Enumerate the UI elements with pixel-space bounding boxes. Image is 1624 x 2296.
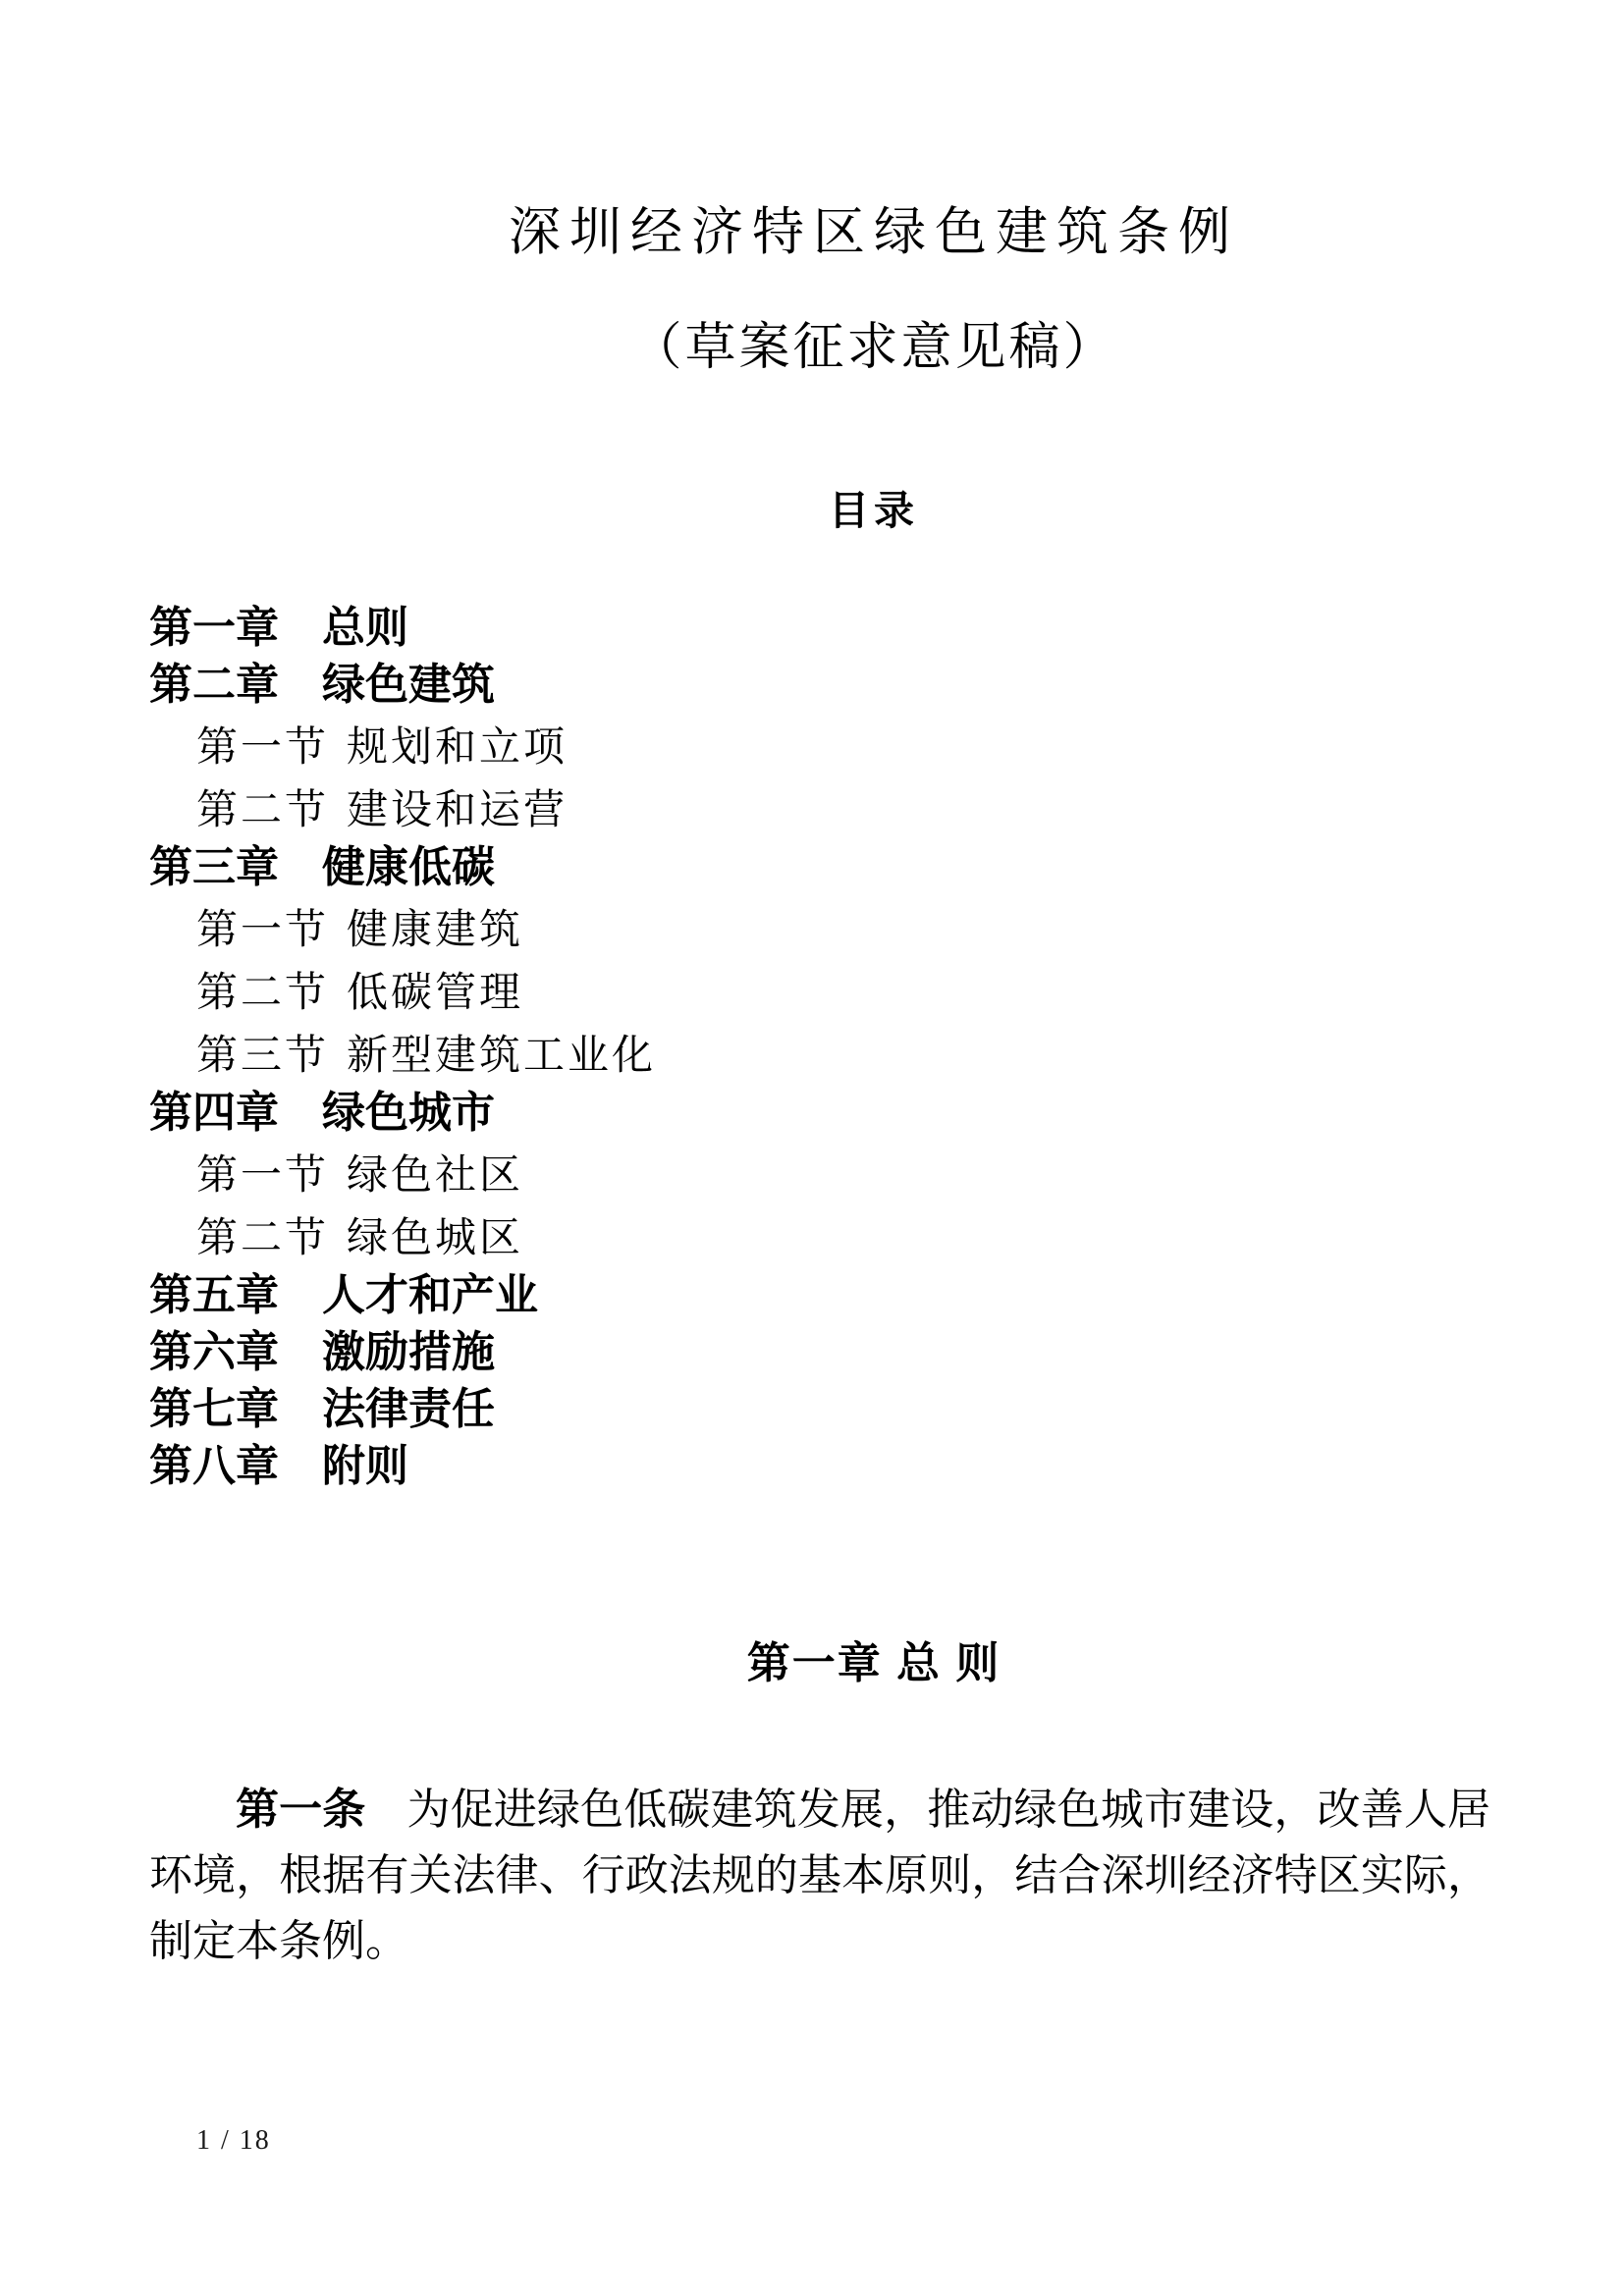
toc-entry-title: 绿色建筑 <box>322 657 495 714</box>
toc-entry-label: 第一节 <box>196 1148 329 1204</box>
toc-entry-title: 绿色城市 <box>322 1085 495 1142</box>
toc-entry-label: 第一节 <box>196 902 329 959</box>
toc-entry-title: 附则 <box>322 1438 408 1495</box>
toc-entry-chapter: 第三章 健康低碳 <box>149 839 1526 896</box>
toc-entry-chapter: 第六章 激励措施 <box>149 1324 1526 1381</box>
document-subtitle: （草案征求意见稿） <box>0 323 1624 374</box>
toc-entry-chapter: 第一章 总则 <box>149 600 1526 657</box>
toc-entry-chapter: 第二章 绿色建筑 <box>149 657 1526 714</box>
toc-entry-label: 第一章 <box>149 600 279 657</box>
toc-entry-section: 第一节 绿色社区 <box>149 1148 1526 1204</box>
toc-entry-label: 第五章 <box>149 1267 279 1324</box>
toc-entry-title: 绿色城区 <box>347 1210 523 1267</box>
document-page: 深圳经济特区绿色建筑条例 （草案征求意见稿） 目录 第一章 总则 第二章 绿色建… <box>0 0 1624 2296</box>
toc-entry-section: 第一节 规划和立项 <box>149 720 1526 776</box>
toc-entry-title: 绿色社区 <box>347 1148 523 1204</box>
toc-entry-title: 低碳管理 <box>347 965 523 1022</box>
toc-entry-section: 第一节 健康建筑 <box>149 902 1526 959</box>
toc-entry-section: 第二节 低碳管理 <box>149 965 1526 1022</box>
article-one-paragraph: 第一条为促进绿色低碳建筑发展，推动绿色城市建设，改善人居环境，根据有关法律、行政… <box>149 1777 1490 1974</box>
toc-entry-label: 第三节 <box>196 1028 329 1085</box>
toc-entry-label: 第八章 <box>149 1438 279 1495</box>
page-number: 1 / 18 <box>196 2125 271 2157</box>
toc-entry-section: 第二节 建设和运营 <box>149 782 1526 839</box>
toc-entry-title: 法律责任 <box>322 1381 495 1438</box>
toc-entry-chapter: 第七章 法律责任 <box>149 1381 1526 1438</box>
toc-entry-label: 第六章 <box>149 1324 279 1381</box>
toc-entry-label: 第四章 <box>149 1085 279 1142</box>
toc-entry-label: 第七章 <box>149 1381 279 1438</box>
toc-list: 第一章 总则 第二章 绿色建筑 第一节 规划和立项 第二节 建设和运营 第三章 … <box>149 600 1526 1495</box>
toc-entry-title: 建设和运营 <box>347 782 568 839</box>
toc-entry-chapter: 第八章 附则 <box>149 1438 1526 1495</box>
toc-entry-title: 规划和立项 <box>347 720 568 776</box>
toc-entry-label: 第二节 <box>196 1210 329 1267</box>
toc-entry-title: 健康低碳 <box>322 839 495 896</box>
toc-entry-chapter: 第四章 绿色城市 <box>149 1085 1526 1142</box>
chapter-one-heading: 第一章 总 则 <box>0 1642 1624 1685</box>
toc-entry-chapter: 第五章 人才和产业 <box>149 1267 1526 1324</box>
article-one-label: 第一条 <box>236 1786 365 1834</box>
toc-entry-label: 第二章 <box>149 657 279 714</box>
toc-entry-label: 第一节 <box>196 720 329 776</box>
toc-entry-title: 健康建筑 <box>347 902 523 959</box>
toc-entry-title: 激励措施 <box>322 1324 495 1381</box>
toc-heading: 目录 <box>0 491 1624 531</box>
toc-entry-title: 总则 <box>322 600 408 657</box>
toc-entry-title: 新型建筑工业化 <box>347 1028 656 1085</box>
toc-entry-title: 人才和产业 <box>322 1267 538 1324</box>
toc-entry-section: 第二节 绿色城区 <box>149 1210 1526 1267</box>
toc-entry-section: 第三节 新型建筑工业化 <box>149 1028 1526 1085</box>
toc-entry-label: 第二节 <box>196 965 329 1022</box>
toc-entry-label: 第三章 <box>149 839 279 896</box>
document-title: 深圳经济特区绿色建筑条例 <box>0 207 1624 259</box>
toc-entry-label: 第二节 <box>196 782 329 839</box>
